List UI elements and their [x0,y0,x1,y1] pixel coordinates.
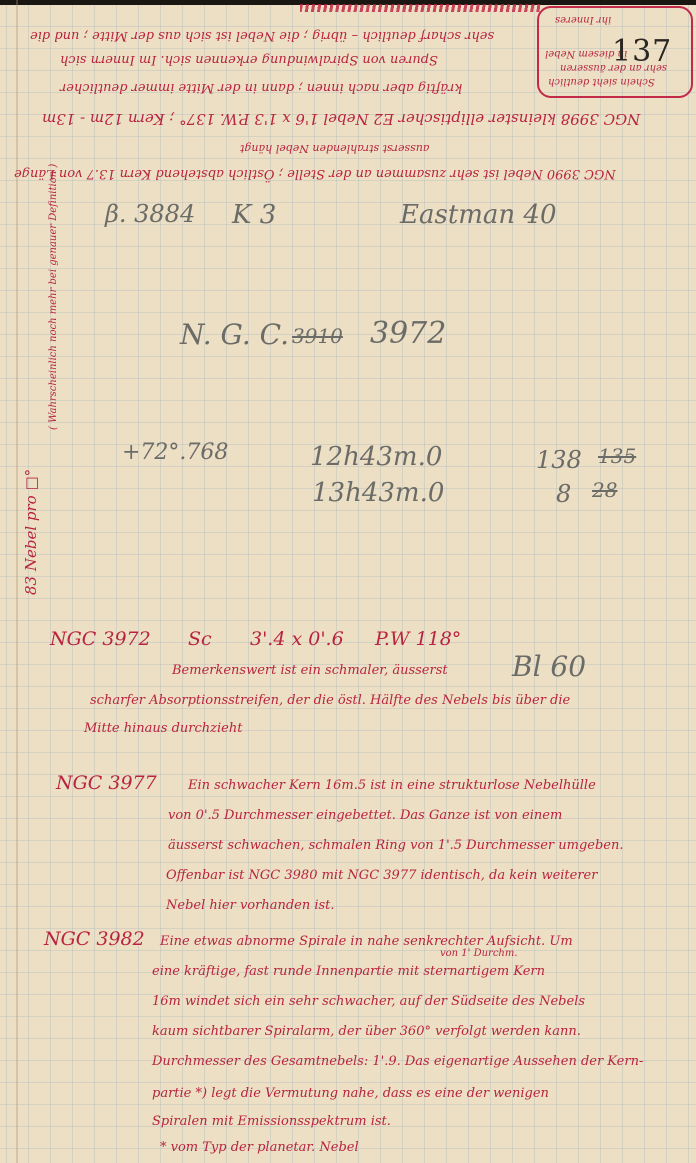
pencil-count-2-struck: 28 [592,478,617,502]
upside-entry-ngc3998: NGC 3998 kleinster elliptischer E2 Nebel… [42,110,640,128]
upside-entry-ngc3990: NGC 3990 Nebel ist sehr zusammen an der … [14,166,616,181]
pencil-count-2: 8 [556,480,571,508]
box-note-line: Schein sieht deutlich [548,76,655,87]
entry-ngc3972-id: NGC 3972 [50,628,151,650]
entry-ngc3977-line: von 0'.5 Durchmesser eingebettet. Das Ga… [168,808,562,823]
entry-ngc3982-line: Eine etwas abnorme Spirale in nahe senkr… [160,934,573,949]
entry-ngc3982-id: NGC 3982 [44,928,145,950]
page-number: 137 [612,34,672,69]
entry-ngc3982-line: Spiralen mit Emissionsspektrum ist. [152,1114,391,1129]
entry-ngc3977-line: Ein schwacher Kern 16m.5 ist in eine str… [188,778,596,793]
pencil-time-1: 12h43m.0 [310,442,442,472]
margin-note-parenthetical: ( Wahrscheinlich noch mehr bei genauer D… [48,164,59,430]
entry-ngc3982-line: eine kräftige, fast runde Innenpartie mi… [152,964,545,979]
pencil-count-1-struck: 135 [598,444,636,468]
upside-note-line: kräftig aber nach innen ; dann in der Mi… [60,80,462,95]
entry-ngc3972-line: Mitte hinaus durchzieht [84,721,242,736]
entry-ngc3982-line: Durchmesser des Gesamtnebels: 1'.9. Das … [152,1054,643,1069]
entry-ngc3972-line: Bemerkenswert ist ein schmaler, äusserst [172,663,448,678]
pencil-ngc-number: 3972 [370,316,446,351]
pencil-struck-number: 3910 [292,324,343,348]
pencil-tag-bl60: Bl 60 [512,650,586,683]
pencil-plate: K 3 [232,200,276,230]
entry-ngc3977-line: äusserst schwachen, schmalen Ring von 1'… [168,838,623,853]
entry-ngc3977-line: Nebel hier vorhanden ist. [166,898,335,913]
margin-note-nebula-density: 83 Nebel pro □° [22,469,40,595]
pencil-emulsion: Eastman 40 [400,200,557,230]
entry-ngc3977-line: Offenbar ist NGC 3980 mit NGC 3977 ident… [166,868,597,883]
pencil-count-1: 138 [536,446,582,474]
entry-ngc3977-id: NGC 3977 [56,772,157,794]
entry-ngc3972-type: Sc [188,628,212,650]
upside-note-line: ausserst strahlenden Nebel hängt [240,142,429,155]
pencil-time-2: 13h43m.0 [312,478,444,508]
pencil-declination: +72°.768 [122,440,228,465]
upside-note-line: Spuren von Spiralwindung erkennen sich. … [60,52,438,67]
entry-ngc3982-line: 16m windet sich ein sehr schwacher, auf … [152,994,585,1009]
struck-out-scribble [300,4,540,12]
entry-ngc3972-position-angle: P.W 118° [375,628,461,650]
notebook-page: ihr Inneres in diesem Nebel sehr an der … [0,0,696,1163]
pencil-chart-ref: β. 3884 [105,200,195,228]
entry-ngc3972-size: 3'.4 x 0'.6 [250,628,344,650]
box-note-line: ihr Inneres [555,14,611,25]
upside-note-line: sehr scharf deutlich – übrig ; die Nebel… [30,28,494,43]
margin-note-main: 83 Nebel pro □° [22,469,40,595]
entry-ngc3982-footnote: * vom Typ der planetar. Nebel [160,1140,359,1155]
entry-ngc3982-insertion: von 1' Durchm. [440,948,518,959]
entry-ngc3972-line: scharfer Absorptionsstreifen, der die ös… [90,693,570,708]
entry-ngc3982-line: kaum sichtbarer Spiralarm, der über 360°… [152,1024,581,1039]
pencil-catalog-label: N. G. C. [180,318,289,351]
entry-ngc3982-line: partie *) legt die Vermutung nahe, dass … [152,1086,549,1101]
